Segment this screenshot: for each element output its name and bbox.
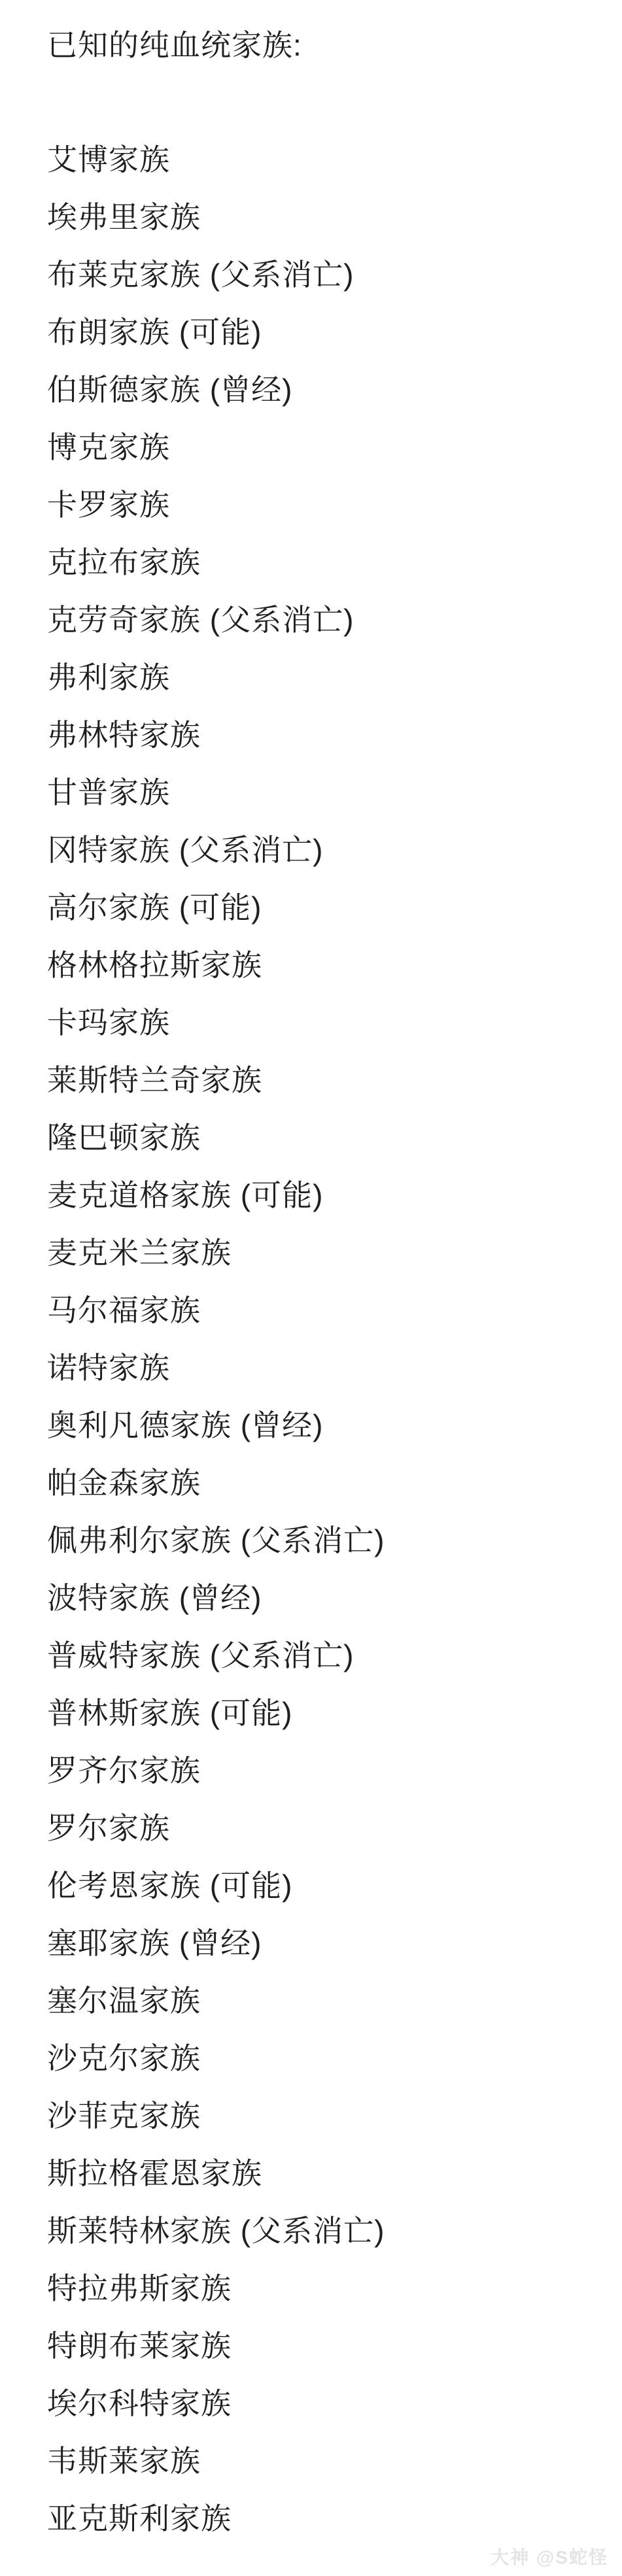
- watermark: 大神 @S蛇怪: [491, 2548, 608, 2568]
- family-item: 塞尔温家族: [47, 1970, 602, 2027]
- family-item: 诺特家族: [47, 1337, 602, 1395]
- family-item: 布朗家族 (可能): [47, 301, 602, 359]
- family-item: 卡罗家族: [47, 474, 602, 532]
- family-item: 罗齐尔家族: [47, 1740, 602, 1797]
- family-item: 沙菲克家族: [47, 2085, 602, 2143]
- family-item: 普威特家族 (父系消亡): [47, 1625, 602, 1682]
- family-list: 艾博家族埃弗里家族布莱克家族 (父系消亡)布朗家族 (可能)伯斯德家族 (曾经)…: [47, 129, 602, 2545]
- family-item: 沙克尔家族: [47, 2027, 602, 2085]
- family-item: 艾博家族: [47, 129, 602, 186]
- family-item: 斯莱特林家族 (父系消亡): [47, 2200, 602, 2258]
- family-item: 帕金森家族: [47, 1452, 602, 1510]
- family-item: 高尔家族 (可能): [47, 877, 602, 934]
- family-item: 格林格拉斯家族: [47, 934, 602, 992]
- family-item: 博克家族: [47, 416, 602, 474]
- family-item: 佩弗利尔家族 (父系消亡): [47, 1510, 602, 1567]
- family-item: 甘普家族: [47, 762, 602, 819]
- family-item: 韦斯莱家族: [47, 2430, 602, 2488]
- family-item: 特拉弗斯家族: [47, 2258, 602, 2315]
- family-item: 布莱克家族 (父系消亡): [47, 244, 602, 301]
- family-item: 斯拉格霍恩家族: [47, 2143, 602, 2200]
- family-item: 波特家族 (曾经): [47, 1567, 602, 1625]
- content-area: 已知的纯血统家族: 艾博家族埃弗里家族布莱克家族 (父系消亡)布朗家族 (可能)…: [0, 0, 622, 2545]
- family-item: 莱斯特兰奇家族: [47, 1049, 602, 1107]
- family-item: 麦克米兰家族: [47, 1222, 602, 1280]
- family-item: 隆巴顿家族: [47, 1107, 602, 1164]
- family-item: 弗林特家族: [47, 704, 602, 762]
- family-item: 埃弗里家族: [47, 186, 602, 244]
- page-title: 已知的纯血统家族:: [47, 26, 602, 64]
- family-item: 伦考恩家族 (可能): [47, 1855, 602, 1912]
- family-item: 普林斯家族 (可能): [47, 1682, 602, 1740]
- family-item: 马尔福家族: [47, 1280, 602, 1337]
- family-item: 弗利家族: [47, 647, 602, 704]
- family-item: 亚克斯利家族: [47, 2488, 602, 2545]
- family-item: 克拉布家族: [47, 532, 602, 589]
- family-item: 克劳奇家族 (父系消亡): [47, 589, 602, 647]
- family-item: 特朗布莱家族: [47, 2315, 602, 2373]
- pureblood-families-page: 已知的纯血统家族: 艾博家族埃弗里家族布莱克家族 (父系消亡)布朗家族 (可能)…: [0, 0, 622, 2576]
- family-item: 伯斯德家族 (曾经): [47, 359, 602, 416]
- family-item: 卡玛家族: [47, 992, 602, 1049]
- family-item: 罗尔家族: [47, 1797, 602, 1855]
- family-item: 麦克道格家族 (可能): [47, 1164, 602, 1222]
- family-item: 塞耶家族 (曾经): [47, 1912, 602, 1970]
- family-item: 奥利凡德家族 (曾经): [47, 1395, 602, 1452]
- family-item: 冈特家族 (父系消亡): [47, 819, 602, 877]
- family-item: 埃尔科特家族: [47, 2373, 602, 2430]
